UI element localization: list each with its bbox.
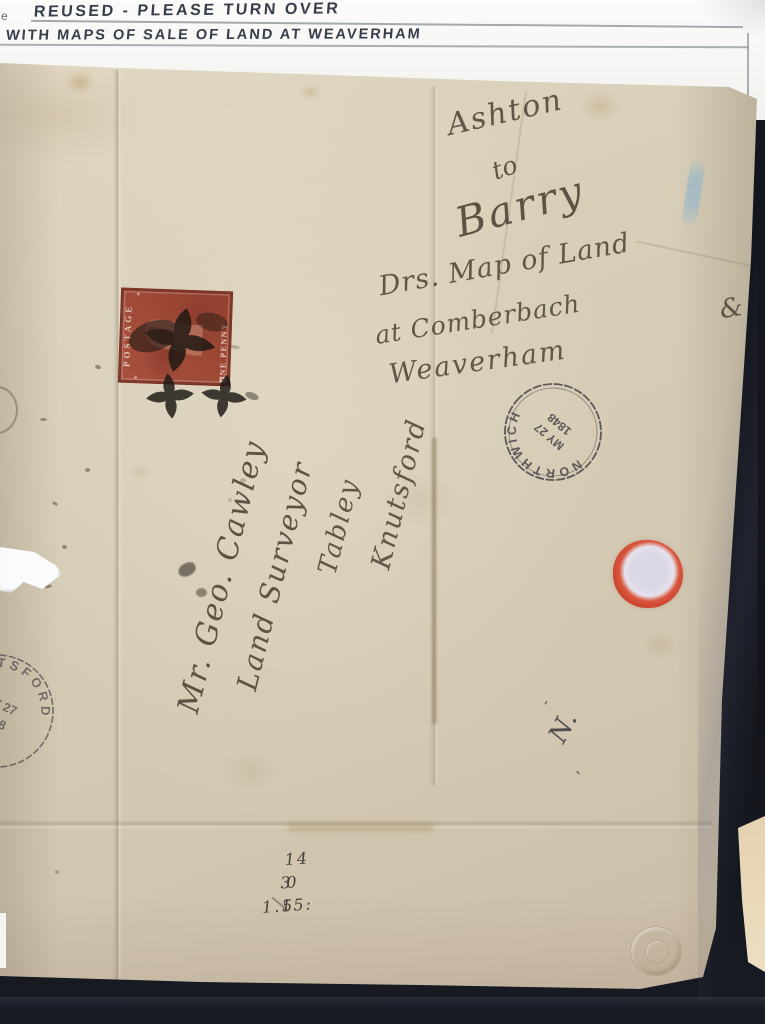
- maltese-cross-cancellation: [112, 278, 282, 428]
- embossed-seal: [630, 926, 682, 976]
- ink-speck: [40, 418, 47, 421]
- amount-row: 1.15:: [261, 892, 313, 919]
- fold-crease-horizontal-stain: [288, 822, 433, 832]
- letter-sheet: Ashton to Barry Drs. Map of Land at Comb…: [0, 0, 765, 1024]
- address-town: Knutsford: [366, 415, 433, 572]
- address-place: Tabley: [313, 475, 366, 577]
- fold-crease-left: [113, 70, 122, 982]
- docket-line-map-of-land: Drs. Map of Land: [376, 227, 632, 302]
- ink-speck: [55, 870, 59, 874]
- docket-line-to: to: [488, 150, 521, 186]
- docket-line-ashton: Ashton: [444, 82, 567, 143]
- label-edge-mark: e: [1, 9, 8, 23]
- frame-edge-highlight-right: [698, 230, 758, 1000]
- label-subtitle-line: WITH MAPS OF SALE OF LAND AT WEAVERHAM: [5, 26, 422, 43]
- ink-speck: [62, 545, 67, 549]
- knutsford-date-day: MY 27: [0, 691, 19, 718]
- frame-edge-highlight-bottom: [0, 997, 765, 1009]
- label-title-line: REUSED - PLEASE TURN OVER: [33, 0, 341, 21]
- embossed-seal-center: [645, 940, 669, 963]
- docket-line-barry: Barry: [450, 166, 590, 247]
- red-wafer-seal: [613, 540, 683, 608]
- northwich-datestamp: NORTHWICH MY 27 1848: [493, 372, 613, 492]
- ink-speck: [85, 468, 90, 472]
- label-box-right-rule: [747, 33, 749, 97]
- torn-edge-sliver: [0, 913, 6, 968]
- photo-of-postal-cover: e REUSED - PLEASE TURN OVER WITH MAPS OF…: [0, 0, 765, 1024]
- knutsford-datestamp: KNUTSFORD MY 27 1848: [0, 636, 72, 786]
